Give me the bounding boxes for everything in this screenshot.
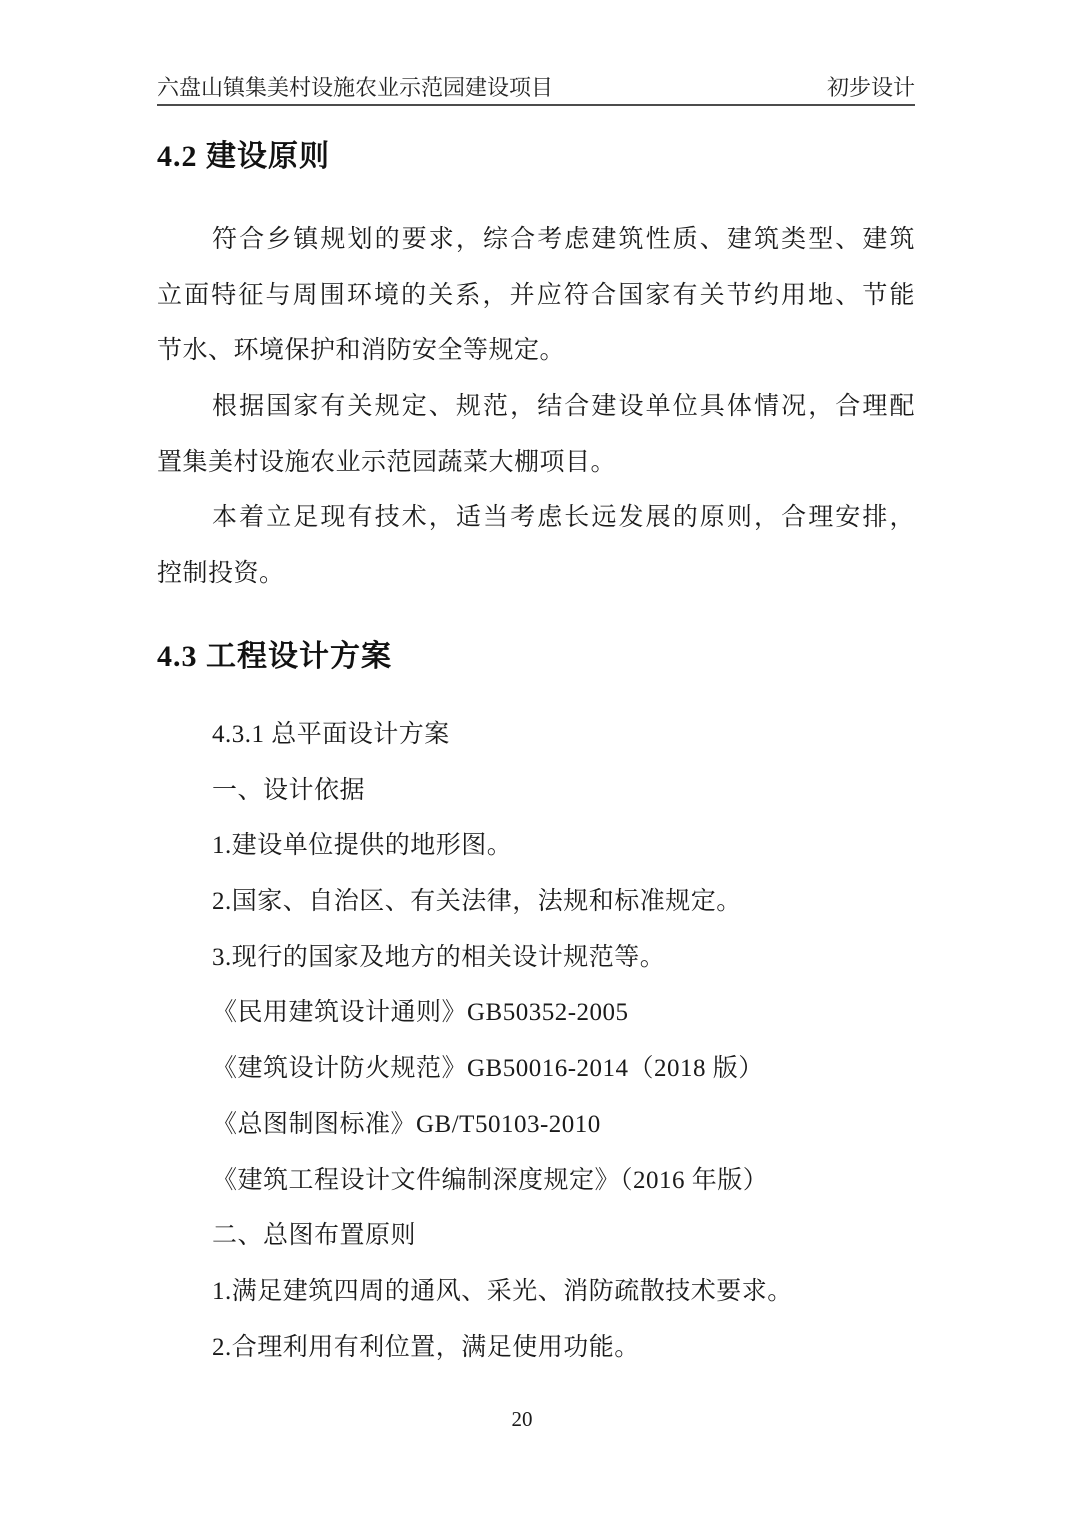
- subsection-lines: 4.3.1 总平面设计方案 一、设计依据 1.建设单位提供的地形图。 2.国家、…: [157, 707, 915, 1375]
- list-item: 3.现行的国家及地方的相关设计规范等。: [157, 930, 915, 986]
- text-line: 符合乡镇规划的要求，综合考虑建筑性质、建筑类型、建筑: [157, 212, 915, 268]
- document-page: 六盘山镇集美村设施农业示范园建设项目 初步设计 4.2 建设原则 符合乡镇规划的…: [0, 0, 1074, 1520]
- reference-item: 《民用建筑设计通则》GB50352-2005: [157, 985, 915, 1041]
- text-line: 本着立足现有技术，适当考虑长远发展的原则，合理安排，: [157, 490, 915, 546]
- list-item: 1.建设单位提供的地形图。: [157, 818, 915, 874]
- list-item: 2.合理利用有利位置，满足使用功能。: [157, 1320, 915, 1376]
- paragraph: 符合乡镇规划的要求，综合考虑建筑性质、建筑类型、建筑 立面特征与周围环境的关系，…: [157, 212, 915, 379]
- header-doc-type: 初步设计: [827, 72, 915, 104]
- paragraph: 根据国家有关规定、规范，结合建设单位具体情况，合理配 置集美村设施农业示范园蔬菜…: [157, 379, 915, 490]
- paragraph: 本着立足现有技术，适当考虑长远发展的原则，合理安排， 控制投资。: [157, 490, 915, 601]
- page-header: 六盘山镇集美村设施农业示范园建设项目 初步设计: [157, 70, 915, 106]
- text-line: 根据国家有关规定、规范，结合建设单位具体情况，合理配: [157, 379, 915, 435]
- list-item: 1.满足建筑四周的通风、采光、消防疏散技术要求。: [157, 1264, 915, 1320]
- reference-item: 《建筑设计防火规范》GB50016-2014（2018 版）: [157, 1041, 915, 1097]
- section-heading-4-2: 4.2 建设原则: [157, 138, 915, 176]
- body-paragraphs: 符合乡镇规划的要求，综合考虑建筑性质、建筑类型、建筑 立面特征与周围环境的关系，…: [157, 212, 915, 602]
- text-line: 节水、环境保护和消防安全等规定。: [157, 323, 915, 379]
- text-line: 控制投资。: [157, 546, 915, 602]
- page-number: 20: [0, 1404, 1044, 1434]
- section-heading-4-3: 4.3 工程设计方案: [157, 638, 915, 676]
- text-line: 立面特征与周围环境的关系，并应符合国家有关节约用地、节能: [157, 268, 915, 324]
- list-heading: 一、设计依据: [157, 763, 915, 819]
- list-heading: 二、总图布置原则: [157, 1208, 915, 1264]
- list-item: 2.国家、自治区、有关法律，法规和标准规定。: [157, 874, 915, 930]
- reference-item: 《总图制图标准》GB/T50103-2010: [157, 1097, 915, 1153]
- text-line: 置集美村设施农业示范园蔬菜大棚项目。: [157, 435, 915, 491]
- subsection-title: 4.3.1 总平面设计方案: [157, 707, 915, 763]
- reference-item: 《建筑工程设计文件编制深度规定》（2016 年版）: [157, 1153, 915, 1209]
- header-project-title: 六盘山镇集美村设施农业示范园建设项目: [157, 72, 553, 104]
